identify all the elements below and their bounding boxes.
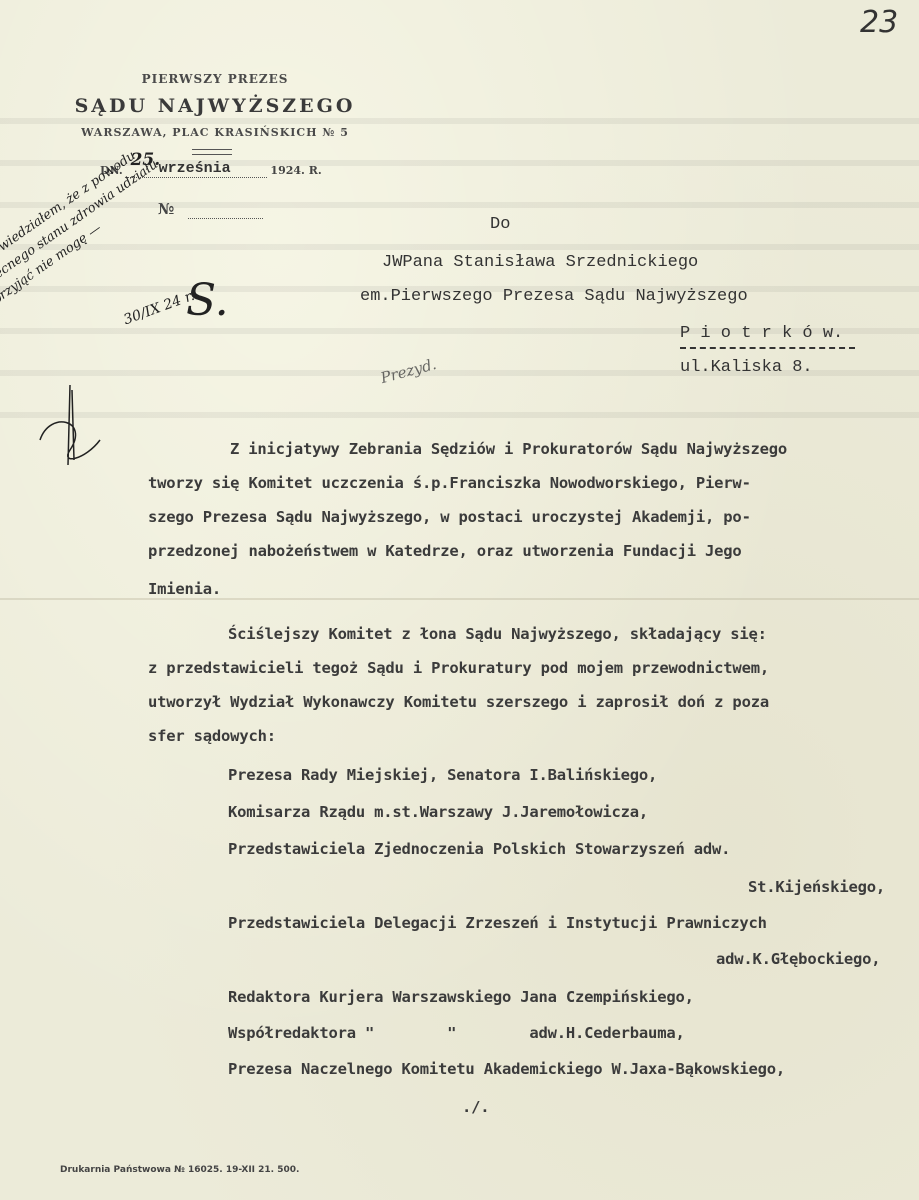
paragraph2-line1: Ściślejszy Komitet z łona Sądu Najwyższe… [228, 625, 767, 643]
page-number: 23 [860, 5, 898, 40]
member-line: Przedstawiciela Delegacji Zrzeszeń i Ins… [228, 914, 767, 932]
recipient-name: JWPana Stanisława Srzednickiego [382, 253, 698, 272]
recipient-street: ul.Kaliska 8. [680, 358, 813, 377]
paragraph1-line2: tworzy się Komitet uczczenia ś.p.Francis… [148, 474, 751, 492]
member-line: Prezesa Rady Miejskiej, Senatora I.Baliń… [228, 766, 657, 784]
member-line: Współredaktora " " adw.H.Cederbauma, [228, 1024, 685, 1042]
date-suffix: R. [309, 164, 322, 177]
paragraph2-line3: utworzył Wydział Wykonawczy Komitetu sze… [148, 693, 769, 711]
handwritten-note: Odpowiedziałem, że z powodu obecnego sta… [0, 129, 188, 310]
recipient-title: em.Pierwszego Prezesa Sądu Najwyższego [360, 287, 748, 306]
member-line: St.Kijeńskiego, [748, 878, 885, 896]
member-line: Przedstawiciela Zjednoczenia Polskich St… [228, 840, 730, 858]
date-year: 1924. [270, 164, 304, 177]
member-line: Komisarza Rządu m.st.Warszawy J.Jaremoło… [228, 803, 648, 821]
number-label: № [158, 200, 174, 218]
letterhead-divider [192, 149, 232, 155]
letterhead-institution: SĄDU NAJWYŻSZEGO [60, 95, 370, 117]
stamp-scribble: Prezyd. [379, 355, 439, 387]
paragraph1-line3: szego Prezesa Sądu Najwyższego, w postac… [148, 508, 751, 526]
recipient-to: Do [490, 215, 510, 234]
letterhead-title: PIERWSZY PREZES [90, 72, 340, 86]
member-line: Redaktora Kurjera Warszawskiego Jana Cze… [228, 988, 694, 1006]
printer-footer: Drukarnia Państwowa № 16025. 19-XII 21. … [60, 1165, 299, 1175]
signature-flourish-icon [30, 380, 110, 470]
member-line: Prezesa Naczelnego Komitetu Akademickieg… [228, 1060, 785, 1078]
paper-fold [0, 598, 919, 600]
letterhead-address: WARSZAWA, PLAC KRASIŃSKICH № 5 [60, 126, 370, 139]
paragraph2-line4: sfer sądowych: [148, 727, 276, 745]
member-line: adw.K.Głębockiego, [716, 950, 880, 968]
paragraph2-line2: z przedstawicieli tegoż Sądu i Prokuratu… [148, 659, 769, 677]
continuation-mark: ./. [462, 1098, 489, 1116]
paragraph1-line5: Imienia. [148, 580, 221, 598]
recipient-city: P i o t r k ó w. [680, 324, 855, 349]
paragraph1-line1: Z inicjatywy Zebrania Sędziów i Prokurat… [230, 440, 787, 458]
handwritten-initials: S. [186, 275, 229, 326]
number-field: № [158, 200, 263, 219]
paragraph1-line4: przedzonej nabożeństwem w Katedrze, oraz… [148, 542, 742, 560]
